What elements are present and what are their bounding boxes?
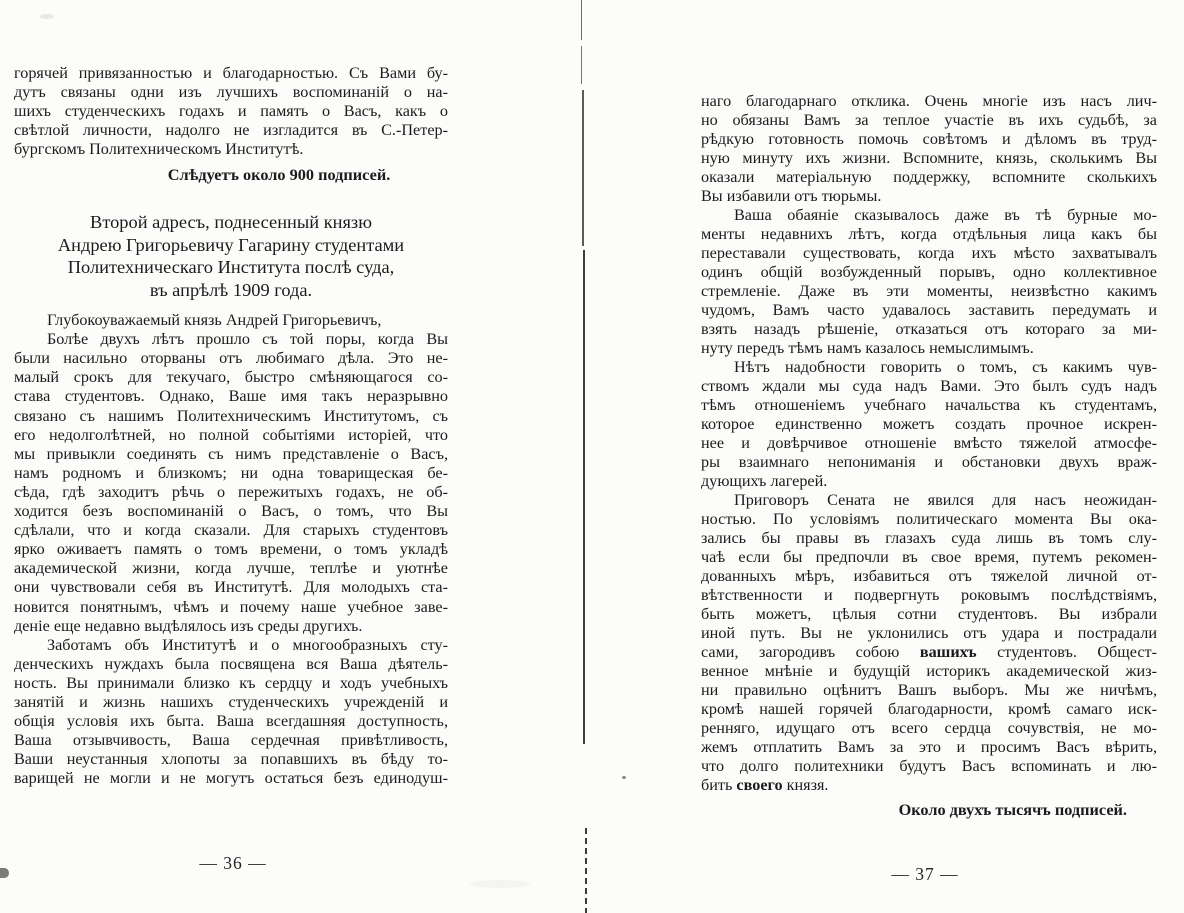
text-line: мы привыкли соединять съ нимъ представле…: [14, 445, 448, 464]
text-line: Болѣе двухъ лѣтъ прошло съ той поры, ког…: [14, 330, 448, 349]
text-line: Приговоръ Сената не явился для насъ неож…: [701, 491, 1157, 510]
signatures-count-note: Около двухъ тысячъ подписей.: [701, 800, 1157, 820]
text-line: менты недавнихъ лѣтъ, когда отдѣльныя ли…: [701, 225, 1157, 244]
paragraph: горячей привязанностью и благодарностью.…: [14, 64, 448, 159]
heading-line: Второй адресъ, поднесенный князю: [14, 211, 448, 233]
text-line: зались бы правы въ глазахъ суда лишь въ …: [701, 529, 1157, 548]
text-line: рѣдкую готовность помочь совѣтомъ и дѣло…: [701, 130, 1157, 149]
text-line: вѣтственности и подвергнуть роковымъ пос…: [701, 586, 1157, 605]
text-line: свѣтлой личности, надолго не изгладится …: [14, 121, 448, 140]
page-gutter-line: [582, 90, 584, 246]
text-line: связано съ нашимъ Политехническимъ Инсти…: [14, 407, 448, 426]
text-line: общія условія ихъ быта. Ваша всегдашняя …: [14, 712, 448, 731]
text-line: тѣмъ отношеніемъ учебнаго начальства къ …: [701, 396, 1157, 415]
text-line: Вы избавили отъ тюрьмы.: [701, 187, 1157, 206]
text-line: горячей привязанностью и благодарностью.…: [14, 64, 448, 83]
text-line: сѣда, гдѣ заходитъ рѣчь о пережитыхъ год…: [14, 483, 448, 502]
paragraph: Ваша обаяніе сказывалось даже въ тѣ бурн…: [701, 206, 1157, 358]
text-line: они чувствовали себя въ Институтѣ. Для м…: [14, 578, 448, 597]
text-line: дованныхъ мѣръ, избавиться отъ тяжелой л…: [701, 567, 1157, 586]
address-body-continued: наго благодарнаго отклика. Очень многіе …: [701, 92, 1157, 795]
page-gutter-line: [585, 828, 587, 913]
text-line: одинъ общій возбужденный порывъ, одно ко…: [701, 263, 1157, 282]
text-line: чаѣ если бы предпочли въ свое время, пут…: [701, 548, 1157, 567]
heading-line: Политехническаго Института послѣ суда,: [14, 256, 448, 278]
scan-smudge: [470, 880, 530, 888]
scan-smudge: [40, 14, 54, 19]
text-line: его недолголѣтней, но полной событіями и…: [14, 426, 448, 445]
text-line: наго благодарнаго отклика. Очень многіе …: [701, 92, 1157, 111]
text-line: дутъ связаны одни изъ лучшихъ воспоминан…: [14, 83, 448, 102]
text-line: нее и довѣрчивое отношеніе вмѣсто тяжело…: [701, 434, 1157, 453]
text-line: переставали существовать, когда ихъ мѣст…: [701, 244, 1157, 263]
paragraph: Глубокоуважаемый князь Андрей Григорьеви…: [14, 311, 448, 330]
text-line: малый срокъ для текучаго, быстро смѣняющ…: [14, 368, 448, 387]
text-line: новится понятнымъ, чѣмъ и почему наше уч…: [14, 598, 448, 617]
emphasized-word: своего: [736, 776, 782, 794]
text-line: ную минуту ихъ жизни. Вспомните, князь, …: [701, 149, 1157, 168]
address-heading: Второй адресъ, поднесенный князюАндрею Г…: [14, 211, 448, 301]
paragraph: Приговоръ Сената не явился для насъ неож…: [701, 491, 1157, 795]
text-line: ствомъ ждали мы суда надъ Вами. Это былъ…: [701, 377, 1157, 396]
signatures-count-note: Слѣдуетъ около 900 подписей.: [14, 165, 448, 185]
text-line: кромѣ нашей горячей благодарности, кромѣ…: [701, 700, 1157, 719]
text-line: быть можетъ, цѣлыя сотни студентовъ. Вы …: [701, 605, 1157, 624]
text-line: дующихъ лагерей.: [701, 472, 1157, 491]
text-segment: сами, загородивъ собою: [701, 643, 920, 661]
text-line: академической жизни, когда лучше, теплѣе…: [14, 559, 448, 578]
text-line: нуту передъ тѣмъ намъ казалось немыслимы…: [701, 339, 1157, 358]
text-line: деніе еще недавно выдѣлялось изъ среды д…: [14, 617, 448, 636]
page-gutter-line: [581, 46, 582, 84]
text-line: венное мнѣніе и будущій историкъ академи…: [701, 662, 1157, 681]
heading-line: Андрею Григорьевичу Гагарину студентами: [14, 234, 448, 256]
page-number-37: — 37 —: [845, 864, 1005, 885]
page-gutter-line: [581, 0, 582, 40]
text-line: ярко оживаетъ память о томъ времени, о т…: [14, 540, 448, 559]
continuation-paragraph: горячей привязанностью и благодарностью.…: [14, 64, 448, 159]
text-line: бургскомъ Политехническомъ Институтѣ.: [14, 140, 448, 159]
emphasized-word: вашихъ: [920, 643, 977, 661]
text-line: бить своего князя.: [701, 776, 1157, 795]
text-line: Ваши неустанныя хлопоты за попавшихъ въ …: [14, 750, 448, 769]
text-line: денческихъ нуждахъ была посвящена вся Ва…: [14, 655, 448, 674]
text-segment: князя.: [783, 776, 829, 794]
text-line: были насильно оторваны отъ любимаго дѣла…: [14, 349, 448, 368]
text-line: иной путь. Вы не уклонились отъ удара и …: [701, 624, 1157, 643]
text-line: ренняго, идущаго отъ всего сердца сочувс…: [701, 719, 1157, 738]
text-line: сдѣлали, что и когда сказали. Для старых…: [14, 521, 448, 540]
text-line: Нѣтъ надобности говорить о томъ, съ каки…: [701, 358, 1157, 377]
text-line: что долго политехники будутъ Васъ вспоми…: [701, 757, 1157, 776]
paragraph: Нѣтъ надобности говорить о томъ, съ каки…: [701, 358, 1157, 491]
scan-speck: [0, 868, 9, 878]
text-line: жемъ отплатить Вамъ за это и просимъ Вас…: [701, 738, 1157, 757]
scan-speck: [622, 776, 626, 779]
text-line: взять назадъ рѣшеніе, отказаться отъ кот…: [701, 320, 1157, 339]
text-line: сами, загородивъ собою вашихъ студентовъ…: [701, 643, 1157, 662]
text-line: стремленіе. Даже въ эти моменты, неизвѣс…: [701, 282, 1157, 301]
text-line: оказали матеріальную поддержку, вспомнит…: [701, 168, 1157, 187]
text-line: намъ родномъ и близкомъ; ни одна товарищ…: [14, 464, 448, 483]
text-line: ностью. По условіямъ политическаго момен…: [701, 510, 1157, 529]
text-line: Ваша отзывчивость, Ваша сердечная привѣт…: [14, 731, 448, 750]
text-line: шихъ студенческихъ годахъ и память о Вас…: [14, 102, 448, 121]
text-line: Заботамъ объ Институтѣ и о многообразных…: [14, 636, 448, 655]
text-line: но обязаны Вамъ за теплое участіе въ ихъ…: [701, 111, 1157, 130]
text-line: ходится безъ воспоминаній о Васъ, о томъ…: [14, 502, 448, 521]
text-line: занятій и жизнь нашихъ студенческихъ учр…: [14, 693, 448, 712]
page-number-36: — 36 —: [153, 853, 313, 874]
paragraph: Заботамъ объ Институтѣ и о многообразных…: [14, 636, 448, 789]
paragraph: Болѣе двухъ лѣтъ прошло съ той поры, ког…: [14, 330, 448, 636]
paragraph: наго благодарнаго отклика. Очень многіе …: [701, 92, 1157, 206]
text-line: чудомъ, Вамъ часто удавалось заставить п…: [701, 301, 1157, 320]
text-segment: бить: [701, 776, 736, 794]
right-page: наго благодарнаго отклика. Очень многіе …: [701, 92, 1157, 820]
address-body: Глубокоуважаемый князь Андрей Григорьеви…: [14, 311, 448, 788]
page-gutter-line: [583, 250, 585, 744]
text-line: ни правильно оцѣнитъ Вашъ выборъ. Мы же …: [701, 681, 1157, 700]
scanned-book-spread: { "page_left": { "number": "— 36 —", "to…: [0, 0, 1184, 913]
text-line: варищей не могли и не могутъ остаться бе…: [14, 769, 448, 788]
text-line: става студентовъ. Однако, Ваше имя такъ …: [14, 387, 448, 406]
text-line: ры взаимнаго непониманія и обстановки дв…: [701, 453, 1157, 472]
text-line: Глубокоуважаемый князь Андрей Григорьеви…: [14, 311, 448, 330]
text-segment: студентовъ. Общест-: [977, 643, 1157, 661]
heading-line: въ апрѣлѣ 1909 года.: [14, 279, 448, 301]
text-line: которое единственно можетъ создать прочн…: [701, 415, 1157, 434]
text-line: Ваша обаяніе сказывалось даже въ тѣ бурн…: [701, 206, 1157, 225]
left-page: горячей привязанностью и благодарностью.…: [14, 64, 448, 788]
text-line: ность. Вы принимали близко къ сердцу и х…: [14, 674, 448, 693]
